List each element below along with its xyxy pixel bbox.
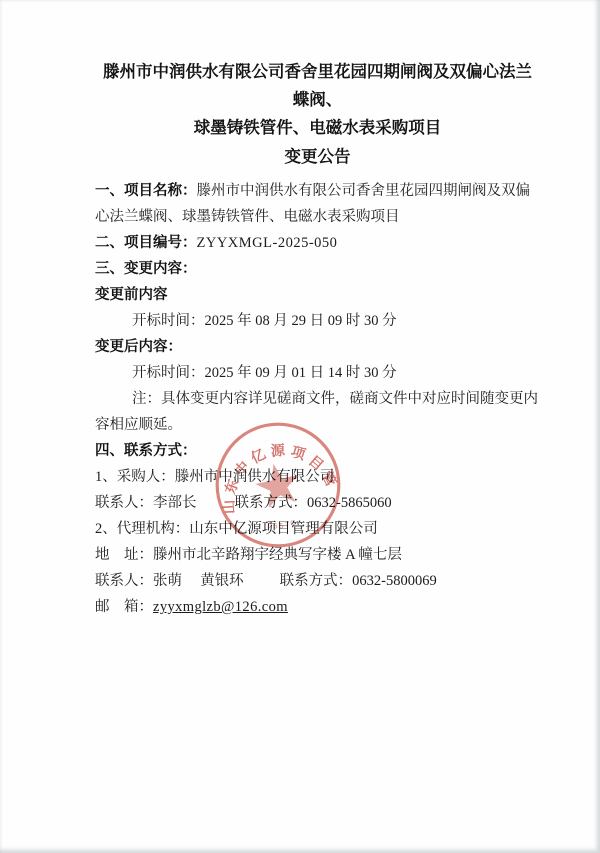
after-change-time: 开标时间：2025 年 09 月 01 日 14 时 30 分 xyxy=(95,360,540,386)
email-label: 邮 箱： xyxy=(95,599,153,615)
project-name-paragraph: 一、项目名称：滕州市中润供水有限公司香舍里花园四期闸阀及双偏心法兰蝶阀、球墨铸铁… xyxy=(95,178,540,230)
agency-line: 2、代理机构：山东中亿源项目管理有限公司 xyxy=(95,516,540,542)
agency-label: 2、代理机构： xyxy=(95,521,189,537)
project-number-paragraph: 二、项目编号：ZYYXMGL-2025-050 xyxy=(95,230,540,256)
email-address[interactable]: zyyxmglzb@126.com xyxy=(153,599,288,615)
document-content: 滕州市中润供水有限公司香舍里花园四期闸阀及双偏心法兰蝶阀、 球墨铸铁管件、电磁水… xyxy=(95,58,540,620)
agency-contact-line: 联系人：张萌 黄银环联系方式：0632-5800069 xyxy=(95,568,540,594)
document-body: 一、项目名称：滕州市中润供水有限公司香舍里花园四期闸阀及双偏心法兰蝶阀、球墨铸铁… xyxy=(95,178,540,620)
purchaser-line: 1、采购人：滕州市中润供水有限公司 xyxy=(95,464,540,490)
title-line-3: 变更公告 xyxy=(95,143,540,171)
purchaser-contact-name: 李部长 xyxy=(153,495,197,511)
agency-address-line: 地 址：滕州市北辛路翔宇经典写字楼 A 幢七层 xyxy=(95,542,540,568)
scanned-document-page: 滕州市中润供水有限公司香舍里花园四期闸阀及双偏心法兰蝶阀、 球墨铸铁管件、电磁水… xyxy=(0,0,600,853)
purchaser-phone-label: 联系方式： xyxy=(235,495,308,511)
document-title: 滕州市中润供水有限公司香舍里花园四期闸阀及双偏心法兰蝶阀、 球墨铸铁管件、电磁水… xyxy=(95,58,540,171)
email-line: 邮 箱：zyyxmglzb@126.com xyxy=(95,594,540,620)
agency-address-label: 地 址： xyxy=(95,547,153,563)
agency-phone-number: 0632-5800069 xyxy=(352,573,437,589)
before-change-time: 开标时间：2025 年 08 月 29 日 09 时 30 分 xyxy=(95,308,540,334)
purchaser-contact-line: 联系人：李部长联系方式：0632-5865060 xyxy=(95,490,540,516)
before-change-heading: 变更前内容 xyxy=(95,282,540,308)
purchaser-label: 1、采购人： xyxy=(95,469,175,485)
project-name-label: 一、项目名称： xyxy=(95,183,197,199)
purchaser-phone-number: 0632-5865060 xyxy=(307,495,392,511)
title-line-2: 球墨铸铁管件、电磁水表采购项目 xyxy=(95,114,540,142)
title-line-1: 滕州市中润供水有限公司香舍里花园四期闸阀及双偏心法兰蝶阀、 xyxy=(95,58,540,114)
agency-phone-label: 联系方式： xyxy=(280,573,353,589)
agency-address-value: 滕州市北辛路翔宇经典写字楼 A 幢七层 xyxy=(153,547,402,563)
change-note: 注：具体变更内容详见磋商文件，磋商文件中对应时间随变更内容相应顺延。 xyxy=(95,386,540,438)
project-number-value: ZYYXMGL-2025-050 xyxy=(197,235,338,251)
purchaser-contact-label: 联系人： xyxy=(95,495,153,511)
contact-section-heading: 四、联系方式： xyxy=(95,438,540,464)
project-number-label: 二、项目编号： xyxy=(95,235,197,251)
after-change-heading: 变更后内容： xyxy=(95,334,540,360)
purchaser-value: 滕州市中润供水有限公司 xyxy=(175,469,335,485)
agency-contact-label: 联系人： xyxy=(95,573,153,589)
change-content-heading: 三、变更内容： xyxy=(95,256,540,282)
agency-contact-names: 张萌 黄银环 xyxy=(153,573,244,589)
agency-value: 山东中亿源项目管理有限公司 xyxy=(189,521,378,537)
